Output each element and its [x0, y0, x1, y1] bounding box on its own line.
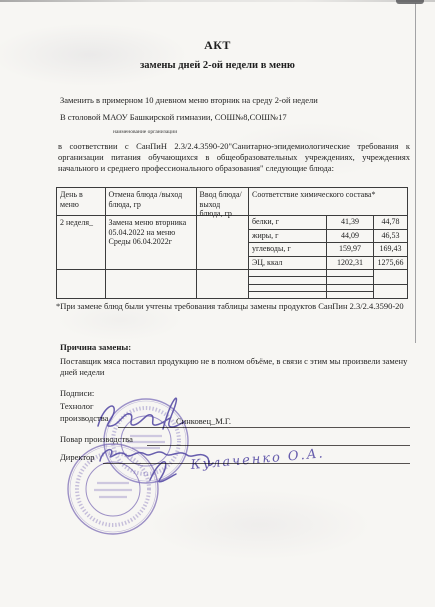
intro-line-2: В столовой МАОУ Башкирской гимназии, СОШ…	[60, 112, 412, 123]
nutrient-before: 41,39	[327, 216, 374, 229]
nutrient-label: ЭЦ, ккал	[249, 257, 327, 270]
nutrient-empty-left	[249, 270, 374, 298]
cell-day-empty	[57, 270, 105, 298]
scan-top-edge	[0, 0, 435, 2]
technologist-label-line2: производства	[60, 413, 108, 424]
scan-corner-smudge	[396, 0, 424, 4]
nutrient-after: 169,43	[374, 243, 407, 256]
director-label: Директор	[60, 452, 95, 463]
cook-label: Повар производства	[60, 434, 133, 445]
nutrient-row-energy: ЭЦ, ккал 1202,31 1275,66	[249, 257, 407, 271]
sanpin-paragraph: в соответствии с СанПиН 2.3/2.4.3590-20"…	[58, 141, 410, 174]
organization-caption: наименование организации	[113, 129, 177, 135]
table-column-add: Ввод блюда/выход блюда, гр	[197, 188, 249, 298]
nutrient-empty-right	[374, 270, 407, 298]
handwritten-flourish	[150, 462, 176, 482]
scan-fold-line	[415, 3, 416, 343]
header-day: День в меню	[57, 188, 105, 216]
nutrient-after: 44,78	[374, 216, 407, 229]
nutrient-after: 46,53	[374, 230, 407, 243]
table-column-day: День в меню 2 неделя_	[57, 188, 106, 298]
technologist-label-line1: Технолог	[60, 401, 93, 412]
header-chem: Соответствие химического состава*	[249, 188, 407, 216]
reason-text: Поставщик мяса поставил продукцию не в п…	[60, 356, 412, 378]
cell-cancel-value: Замена меню вторника 05.04.2022 на меню …	[106, 216, 196, 270]
nutrient-before: 44,09	[327, 230, 374, 243]
cell-cancel-empty	[106, 270, 196, 298]
nutrient-row-protein: белки, г 41,39 44,78	[249, 216, 407, 230]
cell-add-value	[197, 216, 248, 270]
cell-add-empty	[197, 270, 248, 298]
empty-subrow	[249, 285, 373, 292]
cell-day-value: 2 неделя_	[57, 216, 105, 270]
empty-subcell	[249, 270, 327, 276]
nutrient-empty-grid	[249, 270, 407, 298]
doc-title: АКТ	[0, 38, 435, 53]
signatures-heading: Подписи:	[60, 388, 94, 399]
empty-subrow	[374, 285, 407, 299]
nutrient-label: жиры, г	[249, 230, 327, 243]
reason-heading: Причина замены:	[60, 342, 131, 352]
empty-subcell	[249, 285, 327, 291]
header-cancel: Отмена блюда /выход блюда, гр	[106, 188, 196, 216]
empty-subcell	[249, 292, 327, 298]
table-footnote: *При замене блюд были учтены требования …	[56, 301, 410, 312]
technologist-signature-line	[118, 426, 410, 428]
intro-line-1: Заменить в примерном 10 дневном меню вто…	[60, 95, 412, 106]
nutrient-after: 1275,66	[374, 257, 407, 270]
table-column-cancel: Отмена блюда /выход блюда, гр Замена мен…	[106, 188, 197, 298]
nutrient-before: 1202,31	[327, 257, 374, 270]
empty-subrow	[249, 270, 373, 277]
doc-subtitle: замены дней 2-ой недели в меню	[0, 60, 435, 71]
empty-subrow	[374, 270, 407, 285]
nutrient-label: белки, г	[249, 216, 327, 229]
empty-subrow	[249, 277, 373, 284]
nutrient-before: 159,97	[327, 243, 374, 256]
empty-subcell	[249, 277, 327, 283]
empty-subrow	[249, 292, 373, 298]
nutrient-row-fat: жиры, г 44,09 46,53	[249, 230, 407, 244]
menu-replacement-table: День в меню 2 неделя_ Отмена блюда /выхо…	[56, 187, 408, 299]
table-column-chem: Соответствие химического состава* белки,…	[249, 188, 407, 298]
technologist-signature-scribble	[98, 398, 184, 429]
header-add: Ввод блюда/выход блюда, гр	[197, 188, 248, 216]
scanned-document-page: АКТ замены дней 2-ой недели в меню Замен…	[0, 0, 435, 607]
nutrient-label: углеводы, г	[249, 243, 327, 256]
nutrient-row-carbs: углеводы, г 159,97 169,43	[249, 243, 407, 257]
